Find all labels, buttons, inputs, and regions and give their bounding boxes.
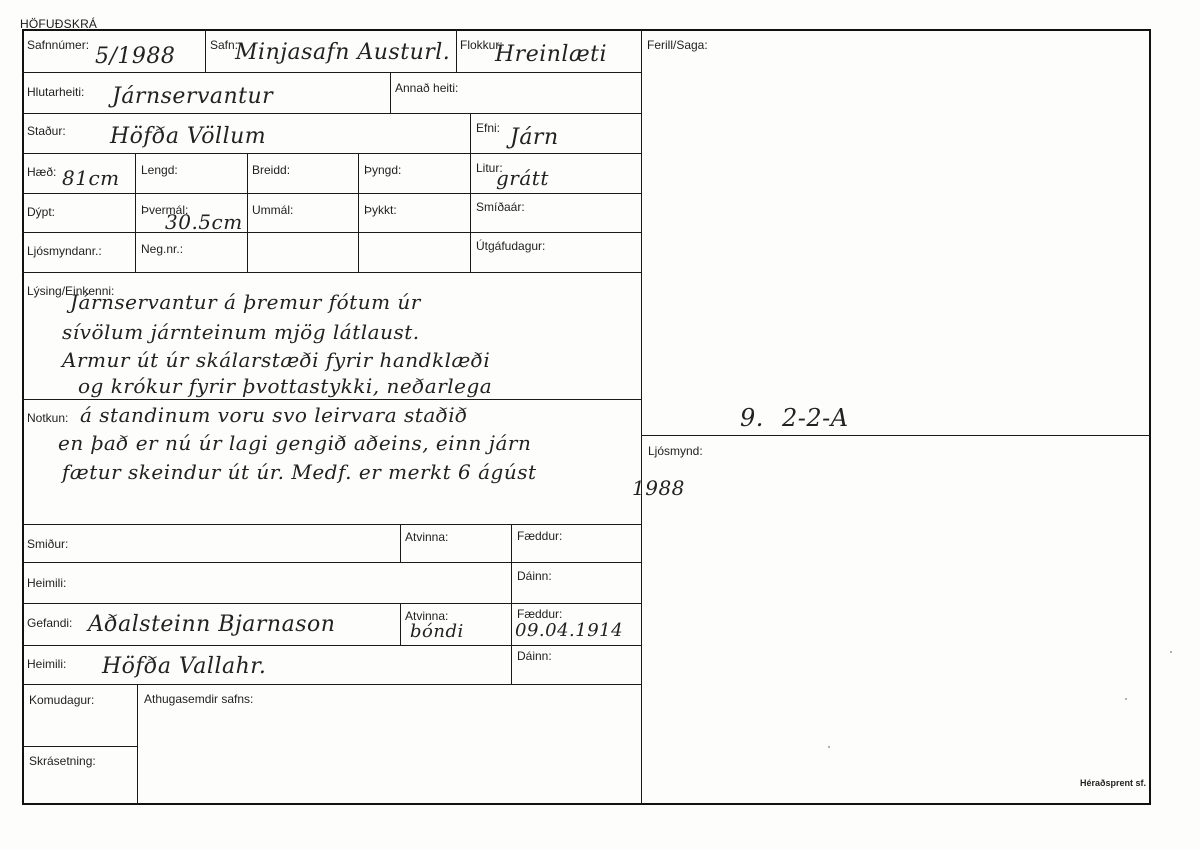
smidur-dainn-label: Dáinn: bbox=[517, 569, 552, 583]
breidd-label: Breidd: bbox=[252, 163, 290, 177]
lysing-line-1[interactable]: Járnservantur á þremur fótum úr bbox=[70, 290, 421, 314]
notkun-line-1[interactable]: á standinum voru svo leirvara staðið bbox=[80, 403, 468, 427]
lysing-line-4[interactable]: og krókur fyrir þvottastykki, neðarlega bbox=[78, 374, 492, 398]
row-divider bbox=[22, 113, 641, 114]
printer-imprint: Héraðsprent sf. bbox=[1080, 778, 1146, 788]
gefandi-dainn-label: Dáinn: bbox=[517, 649, 552, 663]
cell-divider bbox=[135, 153, 136, 272]
smidur-faeddur-label: Fæddur: bbox=[517, 529, 562, 543]
lysing-line-2[interactable]: sívölum járnteinum mjög látlaust. bbox=[62, 320, 420, 344]
row-divider bbox=[22, 399, 641, 400]
lengd-label: Lengd: bbox=[141, 163, 178, 177]
haed-label: Hæð: bbox=[27, 165, 56, 179]
ferill-saga-label: Ferill/Saga: bbox=[647, 38, 708, 52]
row-divider bbox=[22, 746, 137, 747]
row-divider bbox=[22, 524, 641, 525]
cell-divider bbox=[247, 153, 248, 272]
notkun-line-2[interactable]: en það er nú úr lagi gengið aðeins, einn… bbox=[58, 431, 531, 455]
negnr-label: Neg.nr.: bbox=[141, 242, 183, 256]
gefandi-atvinna-value[interactable]: bóndi bbox=[410, 621, 464, 642]
smidaar-label: Smíðaár: bbox=[476, 200, 525, 214]
cell-divider bbox=[137, 684, 138, 805]
ljosmyndanr-label: Ljósmyndanr.: bbox=[27, 244, 102, 258]
safnnumer-label: Safnnúmer: bbox=[27, 38, 89, 52]
lysing-line-3[interactable]: Armur út úr skálarstæði fyrir handklæði bbox=[62, 348, 490, 372]
notkun-line-3[interactable]: fætur skeindur út úr. Medf. er merkt 6 á… bbox=[62, 460, 537, 484]
efni-value[interactable]: Járn bbox=[510, 125, 559, 150]
annad-heiti-label: Annað heiti: bbox=[395, 81, 458, 95]
thyngd-label: Þyngd: bbox=[364, 163, 401, 177]
gefandi-faeddur-value[interactable]: 09.04.1914 bbox=[515, 620, 623, 641]
smidur-label: Smiður: bbox=[27, 537, 68, 551]
ummal-label: Ummál: bbox=[252, 203, 293, 217]
utgafudagur-label: Útgáfudagur: bbox=[476, 239, 545, 253]
thvermal-value[interactable]: 30.5cm bbox=[165, 210, 243, 234]
cell-divider bbox=[400, 524, 401, 562]
row-divider bbox=[22, 272, 641, 273]
cell-divider bbox=[400, 603, 401, 645]
efni-label: Efni: bbox=[476, 121, 500, 135]
gefandi-value[interactable]: Aðalsteinn Bjarnason bbox=[88, 612, 335, 637]
row-divider bbox=[22, 562, 641, 563]
column-divider bbox=[641, 29, 642, 805]
notkun-label: Notkun: bbox=[27, 411, 68, 425]
komudagur-label: Komudagur: bbox=[29, 693, 94, 707]
row-divider bbox=[22, 72, 641, 73]
row-divider bbox=[22, 232, 641, 233]
hlutarheiti-value[interactable]: Járnservantur bbox=[112, 84, 273, 109]
athugasemdir-label: Athugasemdir safns: bbox=[144, 692, 253, 706]
cell-divider bbox=[470, 113, 471, 272]
cell-divider bbox=[511, 524, 512, 684]
hlutarheiti-label: Hlutarheiti: bbox=[27, 85, 84, 99]
gefandi-heimili-value[interactable]: Höfða Vallahr. bbox=[102, 654, 266, 679]
row-divider bbox=[22, 193, 641, 194]
thykkt-label: Þykkt: bbox=[364, 203, 397, 217]
scan-speck bbox=[828, 746, 830, 748]
safn-label: Safn: bbox=[210, 38, 238, 52]
cell-divider bbox=[390, 72, 391, 113]
flokkur-value[interactable]: Hreinlæti bbox=[495, 42, 607, 67]
safnnumer-value[interactable]: 5/1988 bbox=[95, 44, 175, 69]
litur-value[interactable]: grátt bbox=[496, 166, 549, 190]
dypt-label: Dýpt: bbox=[27, 205, 55, 219]
safn-value[interactable]: Minjasafn Austurl. bbox=[235, 40, 450, 65]
gefandi-label: Gefandi: bbox=[27, 616, 72, 630]
gefandi-faeddur-label: Fæddur: bbox=[517, 607, 562, 621]
row-divider bbox=[22, 684, 641, 685]
smidur-atvinna-label: Atvinna: bbox=[405, 530, 448, 544]
stadur-value[interactable]: Höfða Völlum bbox=[110, 124, 266, 149]
notkun-line-4[interactable]: 1988 bbox=[632, 476, 685, 500]
row-divider bbox=[641, 435, 1151, 436]
cell-divider bbox=[205, 29, 206, 72]
row-divider bbox=[22, 603, 641, 604]
skrasetning-label: Skrásetning: bbox=[29, 754, 96, 768]
scan-speck bbox=[1125, 698, 1127, 700]
row-divider bbox=[22, 645, 641, 646]
cell-divider bbox=[358, 153, 359, 272]
ferill-saga-value[interactable]: 9. 2-2-A bbox=[740, 404, 849, 432]
row-divider bbox=[22, 153, 641, 154]
gefandi-heimili-label: Heimili: bbox=[27, 657, 66, 671]
smidur-heimili-label: Heimili: bbox=[27, 576, 66, 590]
haed-value[interactable]: 81cm bbox=[62, 166, 120, 190]
scan-speck bbox=[1170, 651, 1172, 653]
stadur-label: Staður: bbox=[27, 124, 66, 138]
cell-divider bbox=[456, 29, 457, 72]
ljosmynd-label: Ljósmynd: bbox=[648, 444, 703, 458]
